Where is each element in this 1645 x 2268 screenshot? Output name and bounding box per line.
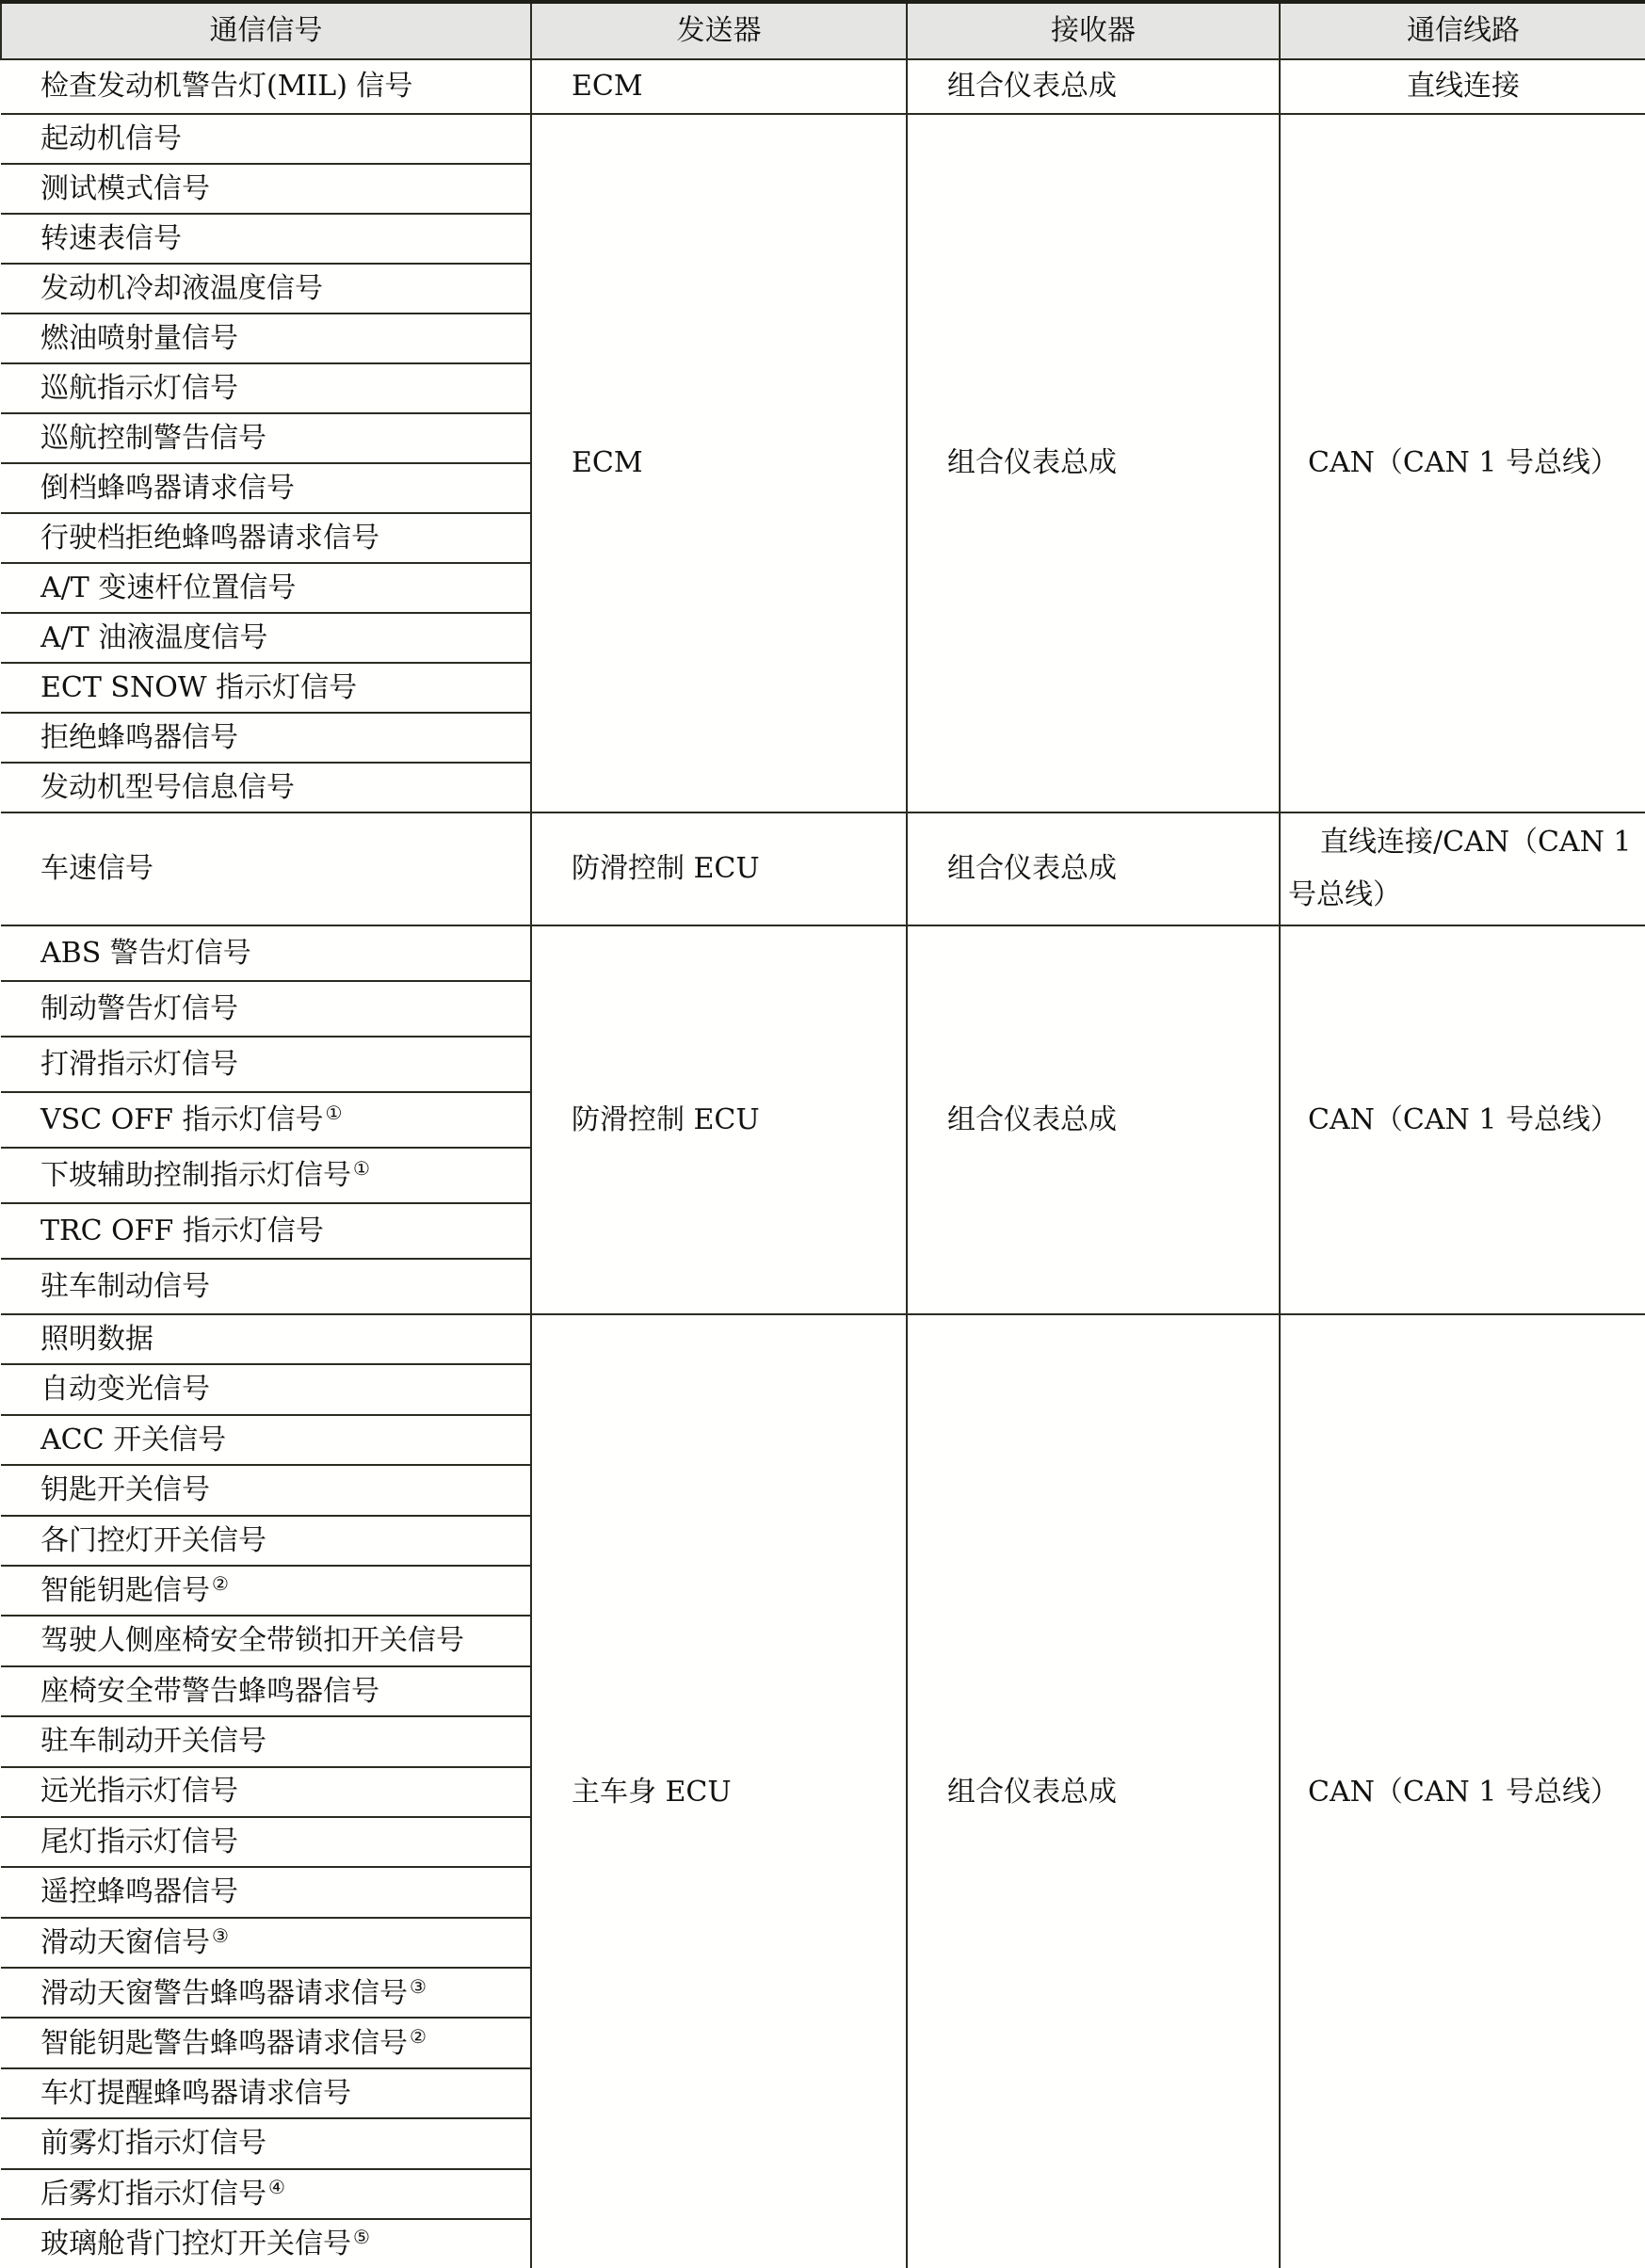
signal-cell: 智能钥匙信号②	[1, 1566, 531, 1616]
signal-name: 车灯提醒蜂鸣器请求信号	[40, 2077, 351, 2110]
signal-name: 尾灯指示灯信号	[40, 1826, 238, 1858]
signal-name: 前雾灯指示灯信号	[40, 2127, 266, 2160]
signal-name: 制动警告灯信号	[40, 992, 238, 1025]
sender-cell: 防滑控制 ECU	[531, 812, 907, 925]
signal-name: 照明数据	[40, 1323, 153, 1356]
signal-name: 巡航指示灯信号	[40, 372, 238, 405]
signal-cell: 智能钥匙警告蜂鸣器请求信号②	[1, 2018, 531, 2067]
signal-cell: 拒绝蜂鸣器信号	[1, 713, 531, 763]
footnote-marker: ②	[212, 1572, 229, 1595]
signal-cell: 遥控蜂鸣器信号	[1, 1867, 531, 1917]
signal-name: 发动机冷却液温度信号	[40, 272, 323, 305]
signal-cell: 测试模式信号	[1, 164, 531, 214]
signal-name: 倒档蜂鸣器请求信号	[40, 472, 295, 505]
sender-cell: ECM	[531, 114, 907, 812]
signal-cell: 驻车制动开关信号	[1, 1716, 531, 1766]
signal-cell: 燃油喷射量信号	[1, 314, 531, 363]
signal-cell: 发动机型号信息信号	[1, 763, 531, 812]
receiver-cell: 组合仪表总成	[907, 59, 1280, 114]
footnote-marker: ②	[410, 2025, 427, 2048]
signal-name: 起动机信号	[40, 122, 182, 155]
sender-cell: 防滑控制 ECU	[531, 925, 907, 1314]
signal-cell: 下坡辅助控制指示灯信号①	[1, 1148, 531, 1203]
table-row: 检查发动机警告灯(MIL) 信号ECM组合仪表总成直线连接	[1, 59, 1645, 114]
communication-signal-table: 通信信号 发送器 接收器 通信线路 检查发动机警告灯(MIL) 信号ECM组合仪…	[0, 0, 1645, 2268]
signal-name: 远光指示灯信号	[40, 1775, 238, 1808]
signal-cell: 滑动天窗信号③	[1, 1918, 531, 1968]
signal-cell: 车灯提醒蜂鸣器请求信号	[1, 2068, 531, 2118]
signal-cell: 后雾灯指示灯信号④	[1, 2169, 531, 2219]
signal-cell: 驻车制动信号	[1, 1259, 531, 1314]
footnote-marker: ⑤	[353, 2226, 370, 2248]
line-cell: CAN（CAN 1 号总线）	[1280, 1314, 1645, 2268]
table-row: 照明数据主车身 ECU组合仪表总成CAN（CAN 1 号总线）	[1, 1314, 1645, 1364]
receiver-cell: 组合仪表总成	[907, 812, 1280, 925]
signal-name: 测试模式信号	[40, 172, 210, 205]
header-receiver: 接收器	[907, 2, 1280, 59]
signal-cell: 驾驶人侧座椅安全带锁扣开关信号	[1, 1616, 531, 1665]
line-cell: 直线连接	[1280, 59, 1645, 114]
signal-name: 智能钥匙信号	[40, 1574, 210, 1607]
signal-cell: 行驶档拒绝蜂鸣器请求信号	[1, 513, 531, 563]
signal-cell: 自动变光信号	[1, 1364, 531, 1414]
table-row: 起动机信号ECM组合仪表总成CAN（CAN 1 号总线）	[1, 114, 1645, 164]
signal-cell: 各门控灯开关信号	[1, 1516, 531, 1566]
signal-cell: 巡航控制警告信号	[1, 413, 531, 463]
signal-cell: 巡航指示灯信号	[1, 363, 531, 413]
signal-name: A/T 变速杆位置信号	[40, 571, 296, 604]
signal-name: ECT SNOW 指示灯信号	[40, 671, 357, 704]
table-body: 检查发动机警告灯(MIL) 信号ECM组合仪表总成直线连接起动机信号ECM组合仪…	[1, 59, 1645, 2268]
signal-cell: 转速表信号	[1, 214, 531, 264]
signal-name: 检查发动机警告灯(MIL) 信号	[40, 70, 412, 103]
signal-cell: VSC OFF 指示灯信号①	[1, 1092, 531, 1148]
signal-cell: 检查发动机警告灯(MIL) 信号	[1, 59, 531, 114]
footnote-marker: ①	[353, 1157, 370, 1180]
table-row: 车速信号防滑控制 ECU组合仪表总成直线连接/CAN（CAN 1 号总线）	[1, 812, 1645, 925]
signal-cell: 玻璃舱背门控灯开关信号⑤	[1, 2219, 531, 2268]
signal-name: 智能钥匙警告蜂鸣器请求信号	[40, 2027, 408, 2060]
signal-cell: 尾灯指示灯信号	[1, 1817, 531, 1867]
signal-cell: 照明数据	[1, 1314, 531, 1364]
footnote-marker: ③	[410, 1975, 427, 1998]
signal-cell: 座椅安全带警告蜂鸣器信号	[1, 1666, 531, 1716]
signal-name: 下坡辅助控制指示灯信号	[40, 1159, 351, 1192]
signal-name: 遥控蜂鸣器信号	[40, 1875, 238, 1908]
line-cell: CAN（CAN 1 号总线）	[1280, 114, 1645, 812]
signal-name: 各门控灯开关信号	[40, 1524, 266, 1557]
sender-cell: 主车身 ECU	[531, 1314, 907, 2268]
signal-name: 驻车制动信号	[40, 1270, 210, 1303]
header-line: 通信线路	[1280, 2, 1645, 59]
signal-name: 座椅安全带警告蜂鸣器信号	[40, 1675, 379, 1708]
signal-cell: 发动机冷却液温度信号	[1, 264, 531, 314]
signal-cell: 制动警告灯信号	[1, 981, 531, 1037]
signal-cell: ABS 警告灯信号	[1, 925, 531, 981]
signal-name: 滑动天窗警告蜂鸣器请求信号	[40, 1977, 408, 2010]
signal-name: 行驶档拒绝蜂鸣器请求信号	[40, 522, 379, 555]
signal-name: 驾驶人侧座椅安全带锁扣开关信号	[40, 1624, 464, 1657]
signal-cell: 倒档蜂鸣器请求信号	[1, 463, 531, 513]
signal-name: A/T 油液温度信号	[40, 621, 267, 654]
receiver-cell: 组合仪表总成	[907, 925, 1280, 1314]
header-signal: 通信信号	[1, 2, 531, 59]
signal-name: 发动机型号信息信号	[40, 771, 295, 804]
footnote-marker: ③	[212, 1924, 229, 1947]
signal-name: 后雾灯指示灯信号	[40, 2178, 266, 2211]
signal-name: 滑动天窗信号	[40, 1926, 210, 1959]
signal-cell: 前雾灯指示灯信号	[1, 2118, 531, 2168]
signal-cell: 钥匙开关信号	[1, 1465, 531, 1515]
signal-name: 玻璃舱背门控灯开关信号	[40, 2228, 351, 2260]
signal-cell: 起动机信号	[1, 114, 531, 164]
signal-name: 转速表信号	[40, 222, 182, 255]
signal-cell: ACC 开关信号	[1, 1415, 531, 1465]
signal-cell: 滑动天窗警告蜂鸣器请求信号③	[1, 1968, 531, 2018]
signal-cell: 远光指示灯信号	[1, 1767, 531, 1817]
signal-cell: 打滑指示灯信号	[1, 1037, 531, 1092]
sender-cell: ECM	[531, 59, 907, 114]
signal-name: 拒绝蜂鸣器信号	[40, 721, 238, 754]
signal-name: ABS 警告灯信号	[40, 937, 251, 970]
receiver-cell: 组合仪表总成	[907, 114, 1280, 812]
header-sender: 发送器	[531, 2, 907, 59]
signal-name: 驻车制动开关信号	[40, 1725, 266, 1758]
footnote-marker: ①	[325, 1102, 342, 1124]
signal-cell: 车速信号	[1, 812, 531, 925]
signal-cell: A/T 变速杆位置信号	[1, 563, 531, 613]
signal-name: 燃油喷射量信号	[40, 322, 238, 355]
line-cell: CAN（CAN 1 号总线）	[1280, 925, 1645, 1314]
footnote-marker: ④	[268, 2176, 285, 2198]
signal-cell: A/T 油液温度信号	[1, 613, 531, 663]
table-row: ABS 警告灯信号防滑控制 ECU组合仪表总成CAN（CAN 1 号总线）	[1, 925, 1645, 981]
signal-cell: ECT SNOW 指示灯信号	[1, 663, 531, 713]
signal-name: VSC OFF 指示灯信号	[40, 1103, 323, 1136]
signal-cell: TRC OFF 指示灯信号	[1, 1203, 531, 1259]
signal-name: 巡航控制警告信号	[40, 422, 266, 455]
line-cell: 直线连接/CAN（CAN 1 号总线）	[1280, 812, 1645, 925]
signal-name: 打滑指示灯信号	[40, 1048, 238, 1081]
receiver-cell: 组合仪表总成	[907, 1314, 1280, 2268]
signal-name: 车速信号	[40, 852, 153, 885]
signal-name: TRC OFF 指示灯信号	[40, 1214, 324, 1247]
signal-name: 自动变光信号	[40, 1373, 210, 1406]
signal-name: 钥匙开关信号	[40, 1473, 210, 1506]
signal-name: ACC 开关信号	[40, 1424, 226, 1456]
header-row: 通信信号 发送器 接收器 通信线路	[1, 2, 1645, 59]
